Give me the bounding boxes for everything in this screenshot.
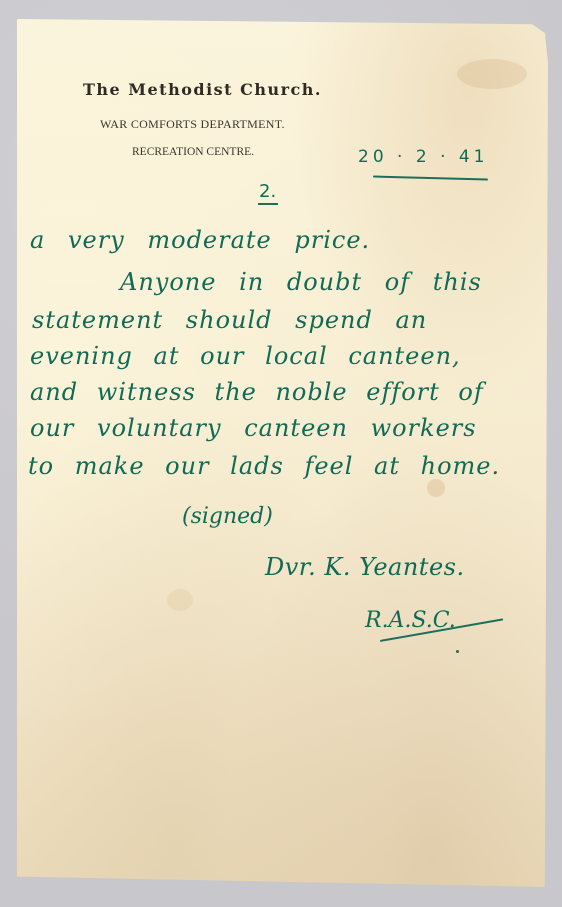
paper-stain: [167, 589, 193, 611]
signed-note: (signed): [182, 504, 273, 529]
letter-date: 20 · 2 · 41: [358, 147, 489, 167]
body-line: statement should spend an: [32, 306, 427, 334]
letterhead-department: WAR COMFORTS DEPARTMENT.: [100, 117, 285, 132]
letterhead-unit: RECREATION CENTRE.: [132, 146, 254, 158]
body-line: evening at our local canteen,: [30, 342, 461, 370]
body-line: and witness the noble effort of: [30, 378, 484, 406]
paper-stain: [457, 59, 527, 89]
paper-stain: [427, 479, 445, 497]
letterhead-organization: The Methodist Church.: [83, 80, 322, 99]
body-line: a very moderate price.: [30, 226, 370, 254]
signature-dot: [456, 650, 459, 653]
page-number: 2.: [259, 181, 276, 202]
body-line: Anyone in doubt of this: [120, 268, 482, 296]
signature-name: Dvr. K. Yeantes.: [265, 553, 465, 581]
body-line: our voluntary canteen workers: [30, 414, 477, 442]
body-line: to make our lads feel at home.: [28, 452, 500, 480]
page-number-underline: [258, 203, 278, 205]
